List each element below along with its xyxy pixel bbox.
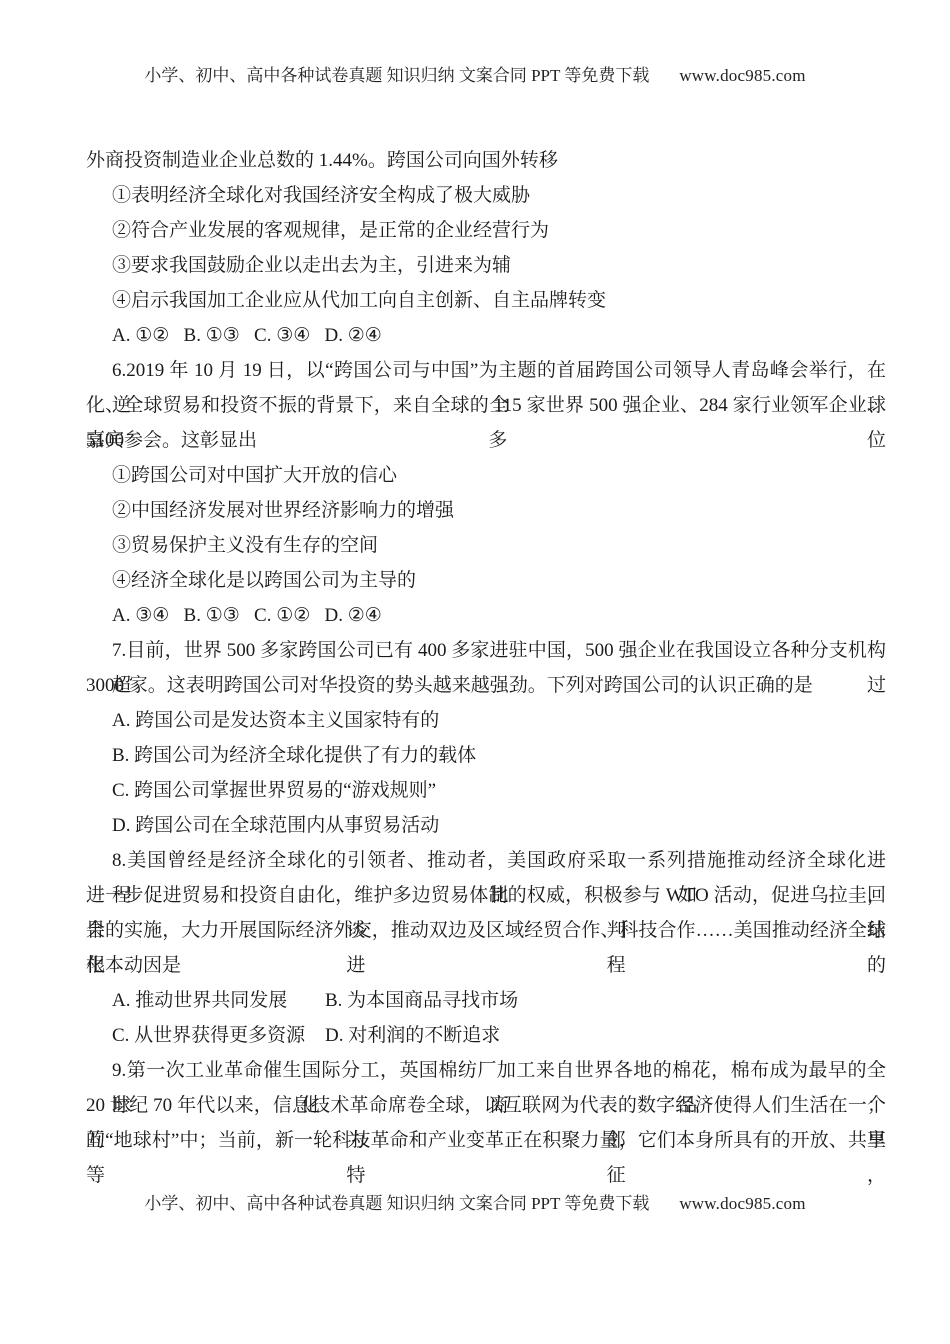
watermark-footer-url: www.doc985.com bbox=[679, 1194, 805, 1213]
text-line: B. 跨国公司为经济全球化提供了有力的载体 bbox=[86, 738, 886, 773]
document-page: 小学、初中、高中各种试卷真题 知识归纳 文案合同 PPT 等免费下载www.do… bbox=[0, 0, 950, 1344]
text-line: ③要求我国鼓励企业以走出去为主，引进来为辅 bbox=[86, 248, 886, 283]
watermark-footer-text: 小学、初中、高中各种试卷真题 知识归纳 文案合同 PPT 等免费下载 bbox=[144, 1194, 649, 1213]
option-col-left: C. 从世界获得更多资源 bbox=[112, 1018, 325, 1053]
text-line: 外商投资制造业企业总数的 1.44%。跨国公司向国外转移 bbox=[86, 143, 886, 178]
text-line: D. 跨国公司在全球范围内从事贸易活动 bbox=[86, 808, 886, 843]
exam-text-body: 外商投资制造业企业总数的 1.44%。跨国公司向国外转移①表明经济全球化对我国经… bbox=[86, 143, 886, 1158]
text-line: 进一步促进贸易和投资自由化，维护多边贸易体制的权威，积极参与 WTO 活动，促进… bbox=[86, 878, 886, 913]
text-line: 9.第一次工业革命催生国际分工，英国棉纺厂加工来自世界各地的棉花，棉布成为最早的… bbox=[86, 1053, 886, 1088]
text-line: C. 从世界获得更多资源D. 对利润的不断追求 bbox=[86, 1018, 886, 1053]
text-line: 3000 家。这表明跨国公司对华投资的势头越来越强劲。下列对跨国公司的认识正确的… bbox=[86, 668, 886, 703]
text-line: ②符合产业发展的客观规律，是正常的企业经营行为 bbox=[86, 213, 886, 248]
text-line: 7.目前，世界 500 多家跨国公司已有 400 多家进驻中国，500 强企业在… bbox=[86, 633, 886, 668]
option-col-left: A. 推动世界共同发展 bbox=[112, 983, 325, 1018]
text-line: A. ③④ B. ①③ C. ①② D. ②④ bbox=[86, 598, 886, 633]
text-line: A. 跨国公司是发达资本主义国家特有的 bbox=[86, 703, 886, 738]
text-line: 化、全球贸易和投资不振的背景下，来自全球的 115 家世界 500 强企业、28… bbox=[86, 388, 886, 423]
text-line: ④经济全球化是以跨国公司为主导的 bbox=[86, 563, 886, 598]
text-line: A. 推动世界共同发展B. 为本国商品寻找市场 bbox=[86, 983, 886, 1018]
option-col-right: D. 对利润的不断追求 bbox=[325, 1018, 500, 1053]
text-line: ④启示我国加工企业应从代加工向自主创新、自主品牌转变 bbox=[86, 283, 886, 318]
text-line: ③贸易保护主义没有生存的空间 bbox=[86, 528, 886, 563]
text-line: ①跨国公司对中国扩大开放的信心 bbox=[86, 458, 886, 493]
text-line: ①表明经济全球化对我国经济安全构成了极大威胁 bbox=[86, 178, 886, 213]
text-line: 8.美国曾经是经济全球化的引领者、推动者，美国政府采取一系列措施推动经济全球化进… bbox=[86, 843, 886, 878]
option-col-right: B. 为本国商品寻找市场 bbox=[325, 983, 518, 1018]
text-line: 的“地球村”中；当前，新一轮科技革命和产业变革正在积聚力量，它们本身所具有的开放… bbox=[86, 1123, 886, 1158]
watermark-header-url: www.doc985.com bbox=[679, 66, 805, 85]
text-line: 20 世纪 70 年代以来，信息技术革命席卷全球，以互联网为代表的数字经济使得人… bbox=[86, 1088, 886, 1123]
text-line: ②中国经济发展对世界经济影响力的增强 bbox=[86, 493, 886, 528]
text-line: 果的实施，大力开展国际经济外交，推动双边及区域经贸合作、科技合作……美国推动经济… bbox=[86, 913, 886, 948]
watermark-header-text: 小学、初中、高中各种试卷真题 知识归纳 文案合同 PPT 等免费下载 bbox=[144, 66, 649, 85]
watermark-header: 小学、初中、高中各种试卷真题 知识归纳 文案合同 PPT 等免费下载www.do… bbox=[0, 64, 950, 88]
watermark-footer: 小学、初中、高中各种试卷真题 知识归纳 文案合同 PPT 等免费下载www.do… bbox=[0, 1192, 950, 1216]
text-line: C. 跨国公司掌握世界贸易的“游戏规则” bbox=[86, 773, 886, 808]
text-line: A. ①② B. ①③ C. ③④ D. ②④ bbox=[86, 318, 886, 353]
text-line: 6.2019 年 10 月 19 日，以“跨国公司与中国”为主题的首届跨国公司领… bbox=[86, 353, 886, 388]
